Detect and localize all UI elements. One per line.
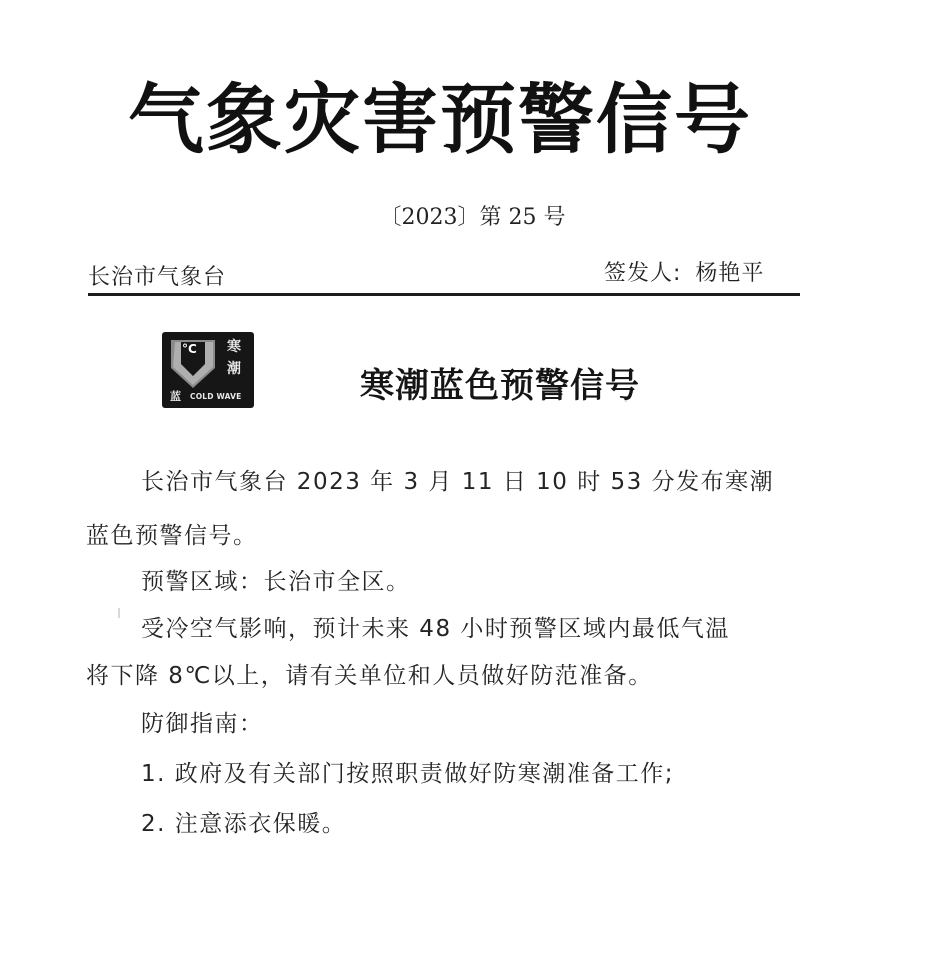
badge-char-blue: 蓝 [170, 389, 181, 405]
body-line-forecast-cont: 将下降 8℃以上，请有关单位和人员做好防范准备。 [86, 660, 653, 692]
body-line-issue-time: 长治市气象台 2023 年 3 月 11 日 10 时 53 分发布寒潮 [141, 466, 774, 498]
scan-artifact [625, 400, 627, 402]
badge-char-tide: 潮 [227, 361, 241, 377]
defense-guide-item-1: 1. 政府及有关部门按照职责做好防寒潮准备工作; [141, 758, 674, 790]
document-number: 〔2023〕第 25 号 [0, 202, 937, 234]
badge-english-label: COLD WAVE [190, 392, 241, 401]
signer-label: 签发人: [604, 261, 681, 286]
defense-guide-item-2: 2. 注意添衣保暖。 [141, 808, 346, 840]
signer-name: 杨艳平 [695, 261, 764, 286]
body-line-warning-region: 预警区域：长治市全区。 [141, 566, 411, 598]
issuer-name: 长治市气象台 [88, 262, 226, 294]
degree-celsius-symbol: °C [182, 342, 197, 356]
body-line-issue-time-cont: 蓝色预警信号。 [86, 520, 258, 552]
badge-char-cold: 寒 [227, 339, 241, 355]
signer-block: 签发人:杨艳平 [604, 258, 764, 290]
scan-artifact [118, 608, 120, 618]
defense-guide-heading: 防御指南： [141, 708, 264, 740]
cold-wave-warning-badge: °C 寒 潮 蓝 COLD WAVE [162, 332, 254, 408]
body-line-forecast: 受冷空气影响，预计未来 48 小时预警区域内最低气温 [141, 613, 730, 645]
header-divider [88, 293, 800, 296]
warning-title: 寒潮蓝色预警信号 [360, 362, 640, 410]
main-title: 气象灾害预警信号 [128, 72, 768, 168]
